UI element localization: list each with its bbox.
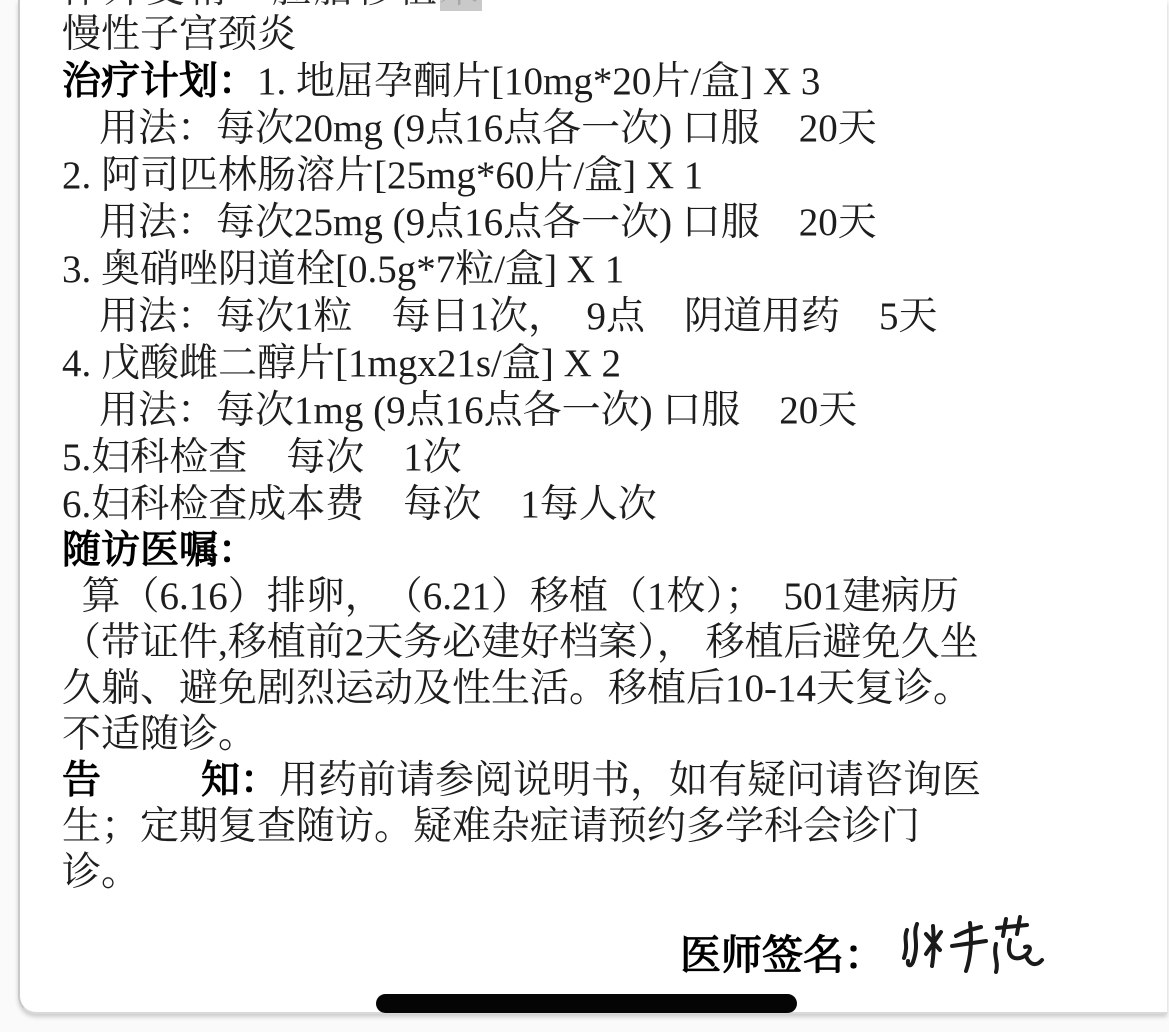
doctor-signature-handwriting bbox=[893, 914, 1045, 986]
plan-item-5-name: 5.妇科检查 每次 1次 bbox=[62, 434, 1145, 481]
treatment-plan-label: 治疗计划： bbox=[62, 60, 257, 103]
clipped-top-line-text: 体外受精一胚胎移植术 bbox=[62, 0, 1145, 10]
signature-strokes-svg bbox=[893, 914, 1045, 986]
plan-item-2-name: 2. 阿司匹林肠溶片[25mg*60片/盒] X 1 bbox=[62, 152, 1145, 199]
notice-line-2: 生；定期复查随访。疑难杂症请预约多学科会诊门 bbox=[62, 804, 1145, 850]
notice-label-zhi: 知： bbox=[201, 759, 279, 802]
doctor-signature-label: 医师签名： bbox=[680, 918, 885, 992]
plan-item-2-usage: 用法：每次25mg (9点16点各一次) 口服 20天 bbox=[62, 199, 1145, 246]
follow-up-line-3: 久躺、避免剧烈运动及性生活。移植后10-14天复诊。 bbox=[62, 666, 1145, 712]
notice-line-1: 告知：用药前请参阅说明书，如有疑问请咨询医 bbox=[62, 758, 1145, 804]
follow-up-line-4: 不适随诊。 bbox=[62, 712, 1145, 758]
follow-up-header: 随访医嘱： bbox=[62, 528, 1145, 574]
plan-item-3-usage: 用法：每次1粒 每日1次， 9点 阴道用药 5天 bbox=[62, 293, 1145, 340]
document-card: 体外受精一胚胎移植术 慢性子宫颈炎 治疗计划：1. 地屈孕酮片[10mg*20片… bbox=[18, 0, 1167, 1014]
follow-up-line-1: 算（6.16）排卵， （6.21）移植（1枚）； 501建病历 bbox=[62, 574, 1145, 620]
plan-item-6-name: 6.妇科检查成本费 每次 1每人次 bbox=[62, 481, 1145, 528]
plan-item-4-name: 4. 戊酸雌二醇片[1mgx21s/盒] X 2 bbox=[62, 340, 1145, 387]
prescription-content: 体外受精一胚胎移植术 慢性子宫颈炎 治疗计划：1. 地屈孕酮片[10mg*20片… bbox=[20, 0, 1167, 992]
doctor-signature-row: 医师签名： bbox=[62, 918, 1145, 992]
plan-item-1-usage: 用法：每次20mg (9点16点各一次) 口服 20天 bbox=[62, 105, 1145, 152]
plan-item-1-name: 1. 地屈孕酮片[10mg*20片/盒] X 3 bbox=[257, 60, 820, 103]
plan-header-line: 治疗计划：1. 地屈孕酮片[10mg*20片/盒] X 3 bbox=[62, 58, 1145, 105]
plan-item-3-name: 3. 奥硝唑阴道栓[0.5g*7粒/盒] X 1 bbox=[62, 246, 1145, 293]
notice-label-gao: 告 bbox=[62, 759, 101, 802]
clipped-top-line: 体外受精一胚胎移植术 bbox=[62, 0, 1145, 11]
plan-item-4-usage: 用法：每次1mg (9点16点各一次) 口服 20天 bbox=[62, 387, 1145, 434]
follow-up-line-2: （带证件,移植前2天务必建好档案）， 移植后避免久坐 bbox=[62, 620, 1145, 666]
follow-up-label: 随访医嘱： bbox=[62, 529, 257, 572]
notice-text-1: 用药前请参阅说明书，如有疑问请咨询医 bbox=[279, 759, 981, 802]
home-indicator-bar[interactable] bbox=[376, 994, 797, 1013]
notice-line-3: 诊。 bbox=[62, 850, 1145, 896]
clipped-fragment-text: 体外受精一胚胎移植 bbox=[62, 0, 440, 11]
diagnosis-line: 慢性子宫颈炎 bbox=[62, 11, 1145, 58]
clipped-fragment-masked-char: 术 bbox=[440, 0, 482, 11]
